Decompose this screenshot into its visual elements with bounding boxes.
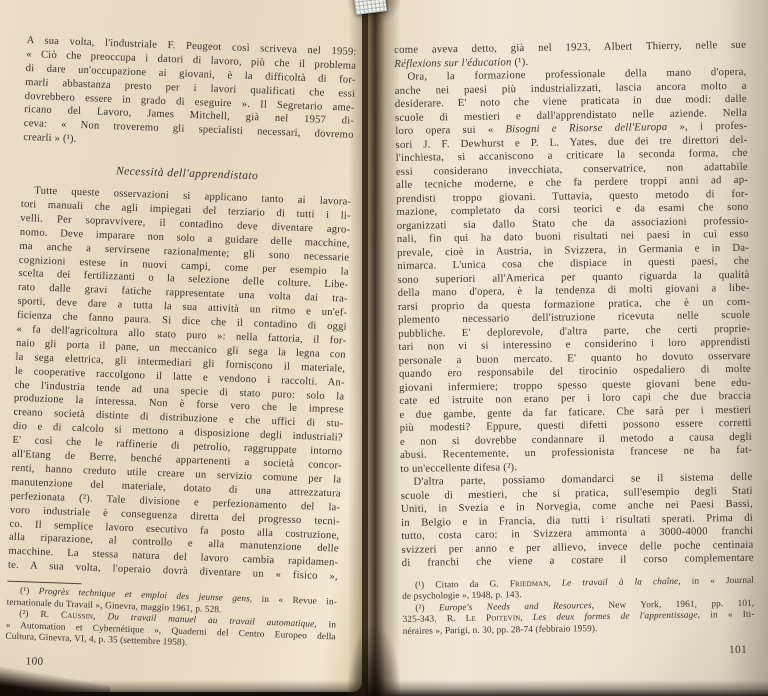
section-heading: Necessità dell'apprendistato <box>22 161 352 186</box>
open-book-photo: A sua volta, l'industriale F. Peugeot co… <box>0 0 768 696</box>
right-body-text: come aveva detto, già nel 1923, Albert T… <box>394 39 754 571</box>
left-paragraph-1: A sua volta, l'industriale F. Peugeot co… <box>23 34 357 157</box>
left-page-text: A sua volta, l'industriale F. Peugeot co… <box>4 34 356 678</box>
footnote-separator-rule <box>7 581 81 585</box>
book-gutter-shadow <box>348 0 400 696</box>
right-footnotes: (¹) Citato da G. Friedman, Le travail à … <box>402 575 755 638</box>
left-footnotes: (¹) Progrès technique et emploi des jeun… <box>5 586 337 656</box>
right-page-text: come aveva detto, già nel 1923, Albert T… <box>394 39 755 662</box>
left-paragraph-2: Tutte queste osservazioni si applicano t… <box>8 184 352 584</box>
